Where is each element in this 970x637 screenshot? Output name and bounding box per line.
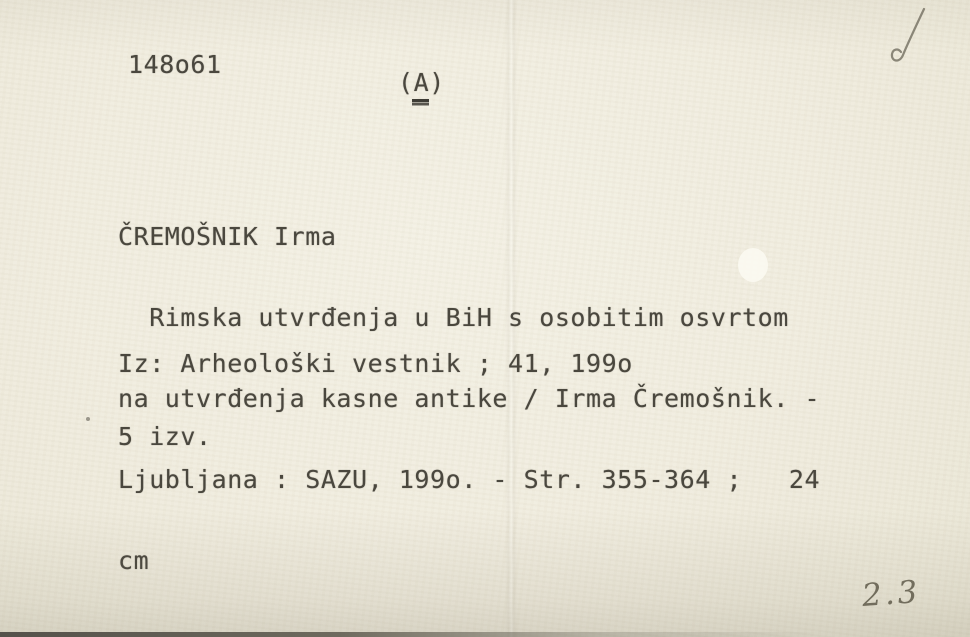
pencil-checkmark-icon bbox=[878, 6, 930, 68]
correction-fluid-smudge bbox=[738, 248, 768, 282]
copies-note: 5 izv. bbox=[118, 423, 212, 450]
author-heading: ČREMOŠNIK Irma bbox=[118, 223, 820, 250]
ink-speck bbox=[86, 417, 90, 421]
classification-letter: (A) bbox=[398, 69, 445, 96]
call-number: 148o61 bbox=[128, 51, 222, 78]
description-line: na utvrđenja kasne antike / Irma Čremošn… bbox=[118, 385, 820, 412]
classification-underline bbox=[412, 99, 429, 102]
description-line: cm bbox=[118, 547, 820, 574]
entry-block: ČREMOŠNIK Irma Rimska utvrđenja u BiH s … bbox=[118, 169, 820, 628]
catalog-card: 148o61 (A) ČREMOŠNIK Irma Rimska utvrđen… bbox=[0, 0, 970, 637]
handwritten-shelf-number: 2.3 bbox=[861, 574, 922, 614]
description-line: Rimska utvrđenja u BiH s osobitim osvrto… bbox=[118, 304, 820, 331]
card-bottom-edge bbox=[0, 632, 970, 637]
description-line: Ljubljana : SAZU, 199o. - Str. 355-364 ;… bbox=[118, 466, 820, 493]
source-note: Iz: Arheološki vestnik ; 41, 199o bbox=[118, 350, 633, 377]
